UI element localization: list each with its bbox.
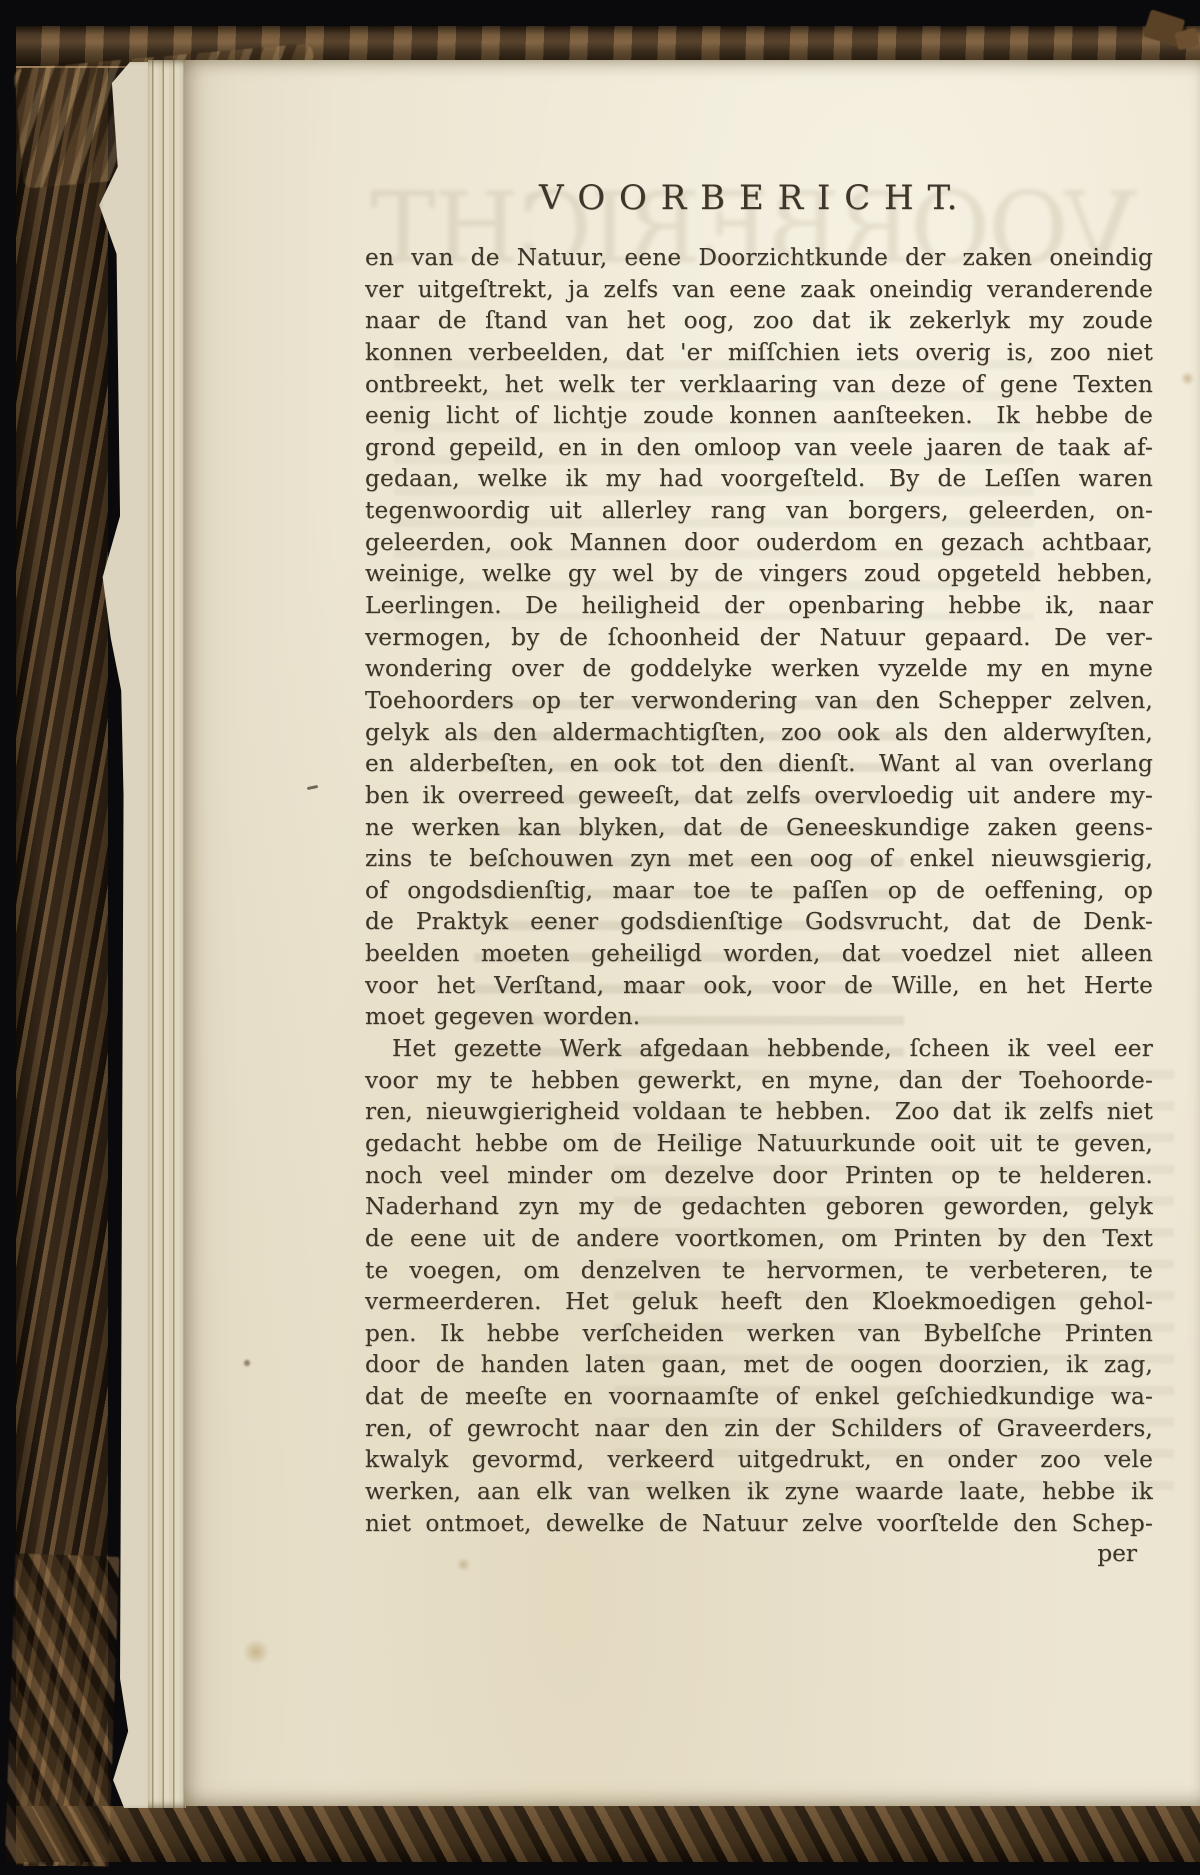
- text-line: gedacht hebbe om de Heilige Natuurkunde …: [365, 1128, 1153, 1160]
- text-line: noch veel minder om dezelve door Printen…: [365, 1160, 1153, 1192]
- text-line: grond gepeild, en in den omloop van veel…: [365, 432, 1153, 464]
- text-line: te voegen, om denzelven te hervormen, te…: [365, 1255, 1153, 1287]
- page-title: V O O R B E R I C H T.: [355, 178, 1143, 218]
- text-line: ontbreekt, het welk ter verklaaring van …: [365, 369, 1153, 401]
- text-line: vermogen, by de ſchoonheid der Natuur ge…: [365, 622, 1153, 654]
- book-cover-bottom-edge: [16, 1806, 1200, 1862]
- text-line: beelden moeten geheiligd worden, dat voe…: [365, 938, 1153, 970]
- margin-ink-dash: [307, 785, 318, 790]
- catchword: per: [365, 1540, 1153, 1567]
- text-line: Toehoorders op ter verwondering van den …: [365, 685, 1153, 717]
- text-line: niet ontmoet, dewelke de Natuur zelve vo…: [365, 1508, 1153, 1540]
- text-line: voor het Verſtand, maar ook, voor de Wil…: [365, 970, 1153, 1002]
- text-line: Het gezette Werk afgedaan hebbende, ſche…: [365, 1033, 1153, 1065]
- foxing-spot: [456, 1558, 471, 1571]
- text-line: vermeerderen. Het geluk heeft den Kloekm…: [365, 1286, 1153, 1318]
- ink-speck: [244, 1360, 250, 1366]
- text-line: werken, aan elk van welken ik zyne waard…: [365, 1476, 1153, 1508]
- text-line: gelyk als den aldermachtigſten, zoo ook …: [365, 717, 1153, 749]
- page-stack-edges: [148, 60, 186, 1808]
- text-line: konnen verbeelden, dat 'er miſſchien iet…: [365, 337, 1153, 369]
- text-line: kwalyk gevormd, verkeerd uitgedrukt, en …: [365, 1444, 1153, 1476]
- text-line: eenig licht of lichtje zoude konnen aanſ…: [365, 400, 1153, 432]
- text-line: geleerden, ook Mannen door ouderdom en g…: [365, 527, 1153, 559]
- text-line: en van de Natuur, eene Doorzichtkunde de…: [365, 242, 1153, 274]
- foxing-spot: [242, 1640, 270, 1664]
- text-line: door de handen laten gaan, met de oogen …: [365, 1349, 1153, 1381]
- text-line: ne werken kan blyken, dat de Geneeskundi…: [365, 812, 1153, 844]
- text-line: de Praktyk eener godsdienſtige Godsvruch…: [365, 906, 1153, 938]
- text-line: ver uitgeſtrekt, ja zelfs van eene zaak …: [365, 274, 1153, 306]
- text-line: ren, nieuwgierigheid voldaan te hebben. …: [365, 1096, 1153, 1128]
- leather-marbling-bottom-left: [5, 1553, 120, 1866]
- text-line: zins te beſchouwen zyn met een oog of en…: [365, 843, 1153, 875]
- book-page: VOORBERICHT V O O R B E R I C H T. en va…: [184, 60, 1200, 1806]
- text-line: tegenwoordig uit allerley rang van borge…: [365, 495, 1153, 527]
- text-line: dat de meeſte en voornaamſte of enkel ge…: [365, 1381, 1153, 1413]
- book-photo: VOORBERICHT V O O R B E R I C H T. en va…: [0, 0, 1200, 1875]
- text-line: ren, of gewrocht naar den zin der Schild…: [365, 1413, 1153, 1445]
- text-line: weinige, welke gy wel by de vingers zoud…: [365, 558, 1153, 590]
- text-line: Leerlingen. De heiligheid der openbaring…: [365, 590, 1153, 622]
- body-text: en van de Natuur, eene Doorzichtkunde de…: [365, 242, 1153, 1539]
- text-line: gedaan, welke ik my had voorgeſteld. By …: [365, 463, 1153, 495]
- text-line: Naderhand zyn my de gedachten geboren ge…: [365, 1191, 1153, 1223]
- text-line: voor my te hebben gewerkt, en myne, dan …: [365, 1065, 1153, 1097]
- text-line: ben ik overreed geweeſt, dat zelfs overv…: [365, 780, 1153, 812]
- foxing-spot: [1180, 372, 1195, 385]
- text-line: en alderbeſten, en ook tot den dienſt. W…: [365, 748, 1153, 780]
- text-line: de eene uit de andere voortkomen, om Pri…: [365, 1223, 1153, 1255]
- text-line: pen. Ik hebbe verſcheiden werken van Byb…: [365, 1318, 1153, 1350]
- text-line: wondering over de goddelyke werken vyzel…: [365, 653, 1153, 685]
- text-line: of ongodsdienſtig, maar toe te paſſen op…: [365, 875, 1153, 907]
- text-line: moet gegeven worden.: [365, 1001, 1153, 1033]
- text-line: naar de ſtand van het oog, zoo dat ik ze…: [365, 305, 1153, 337]
